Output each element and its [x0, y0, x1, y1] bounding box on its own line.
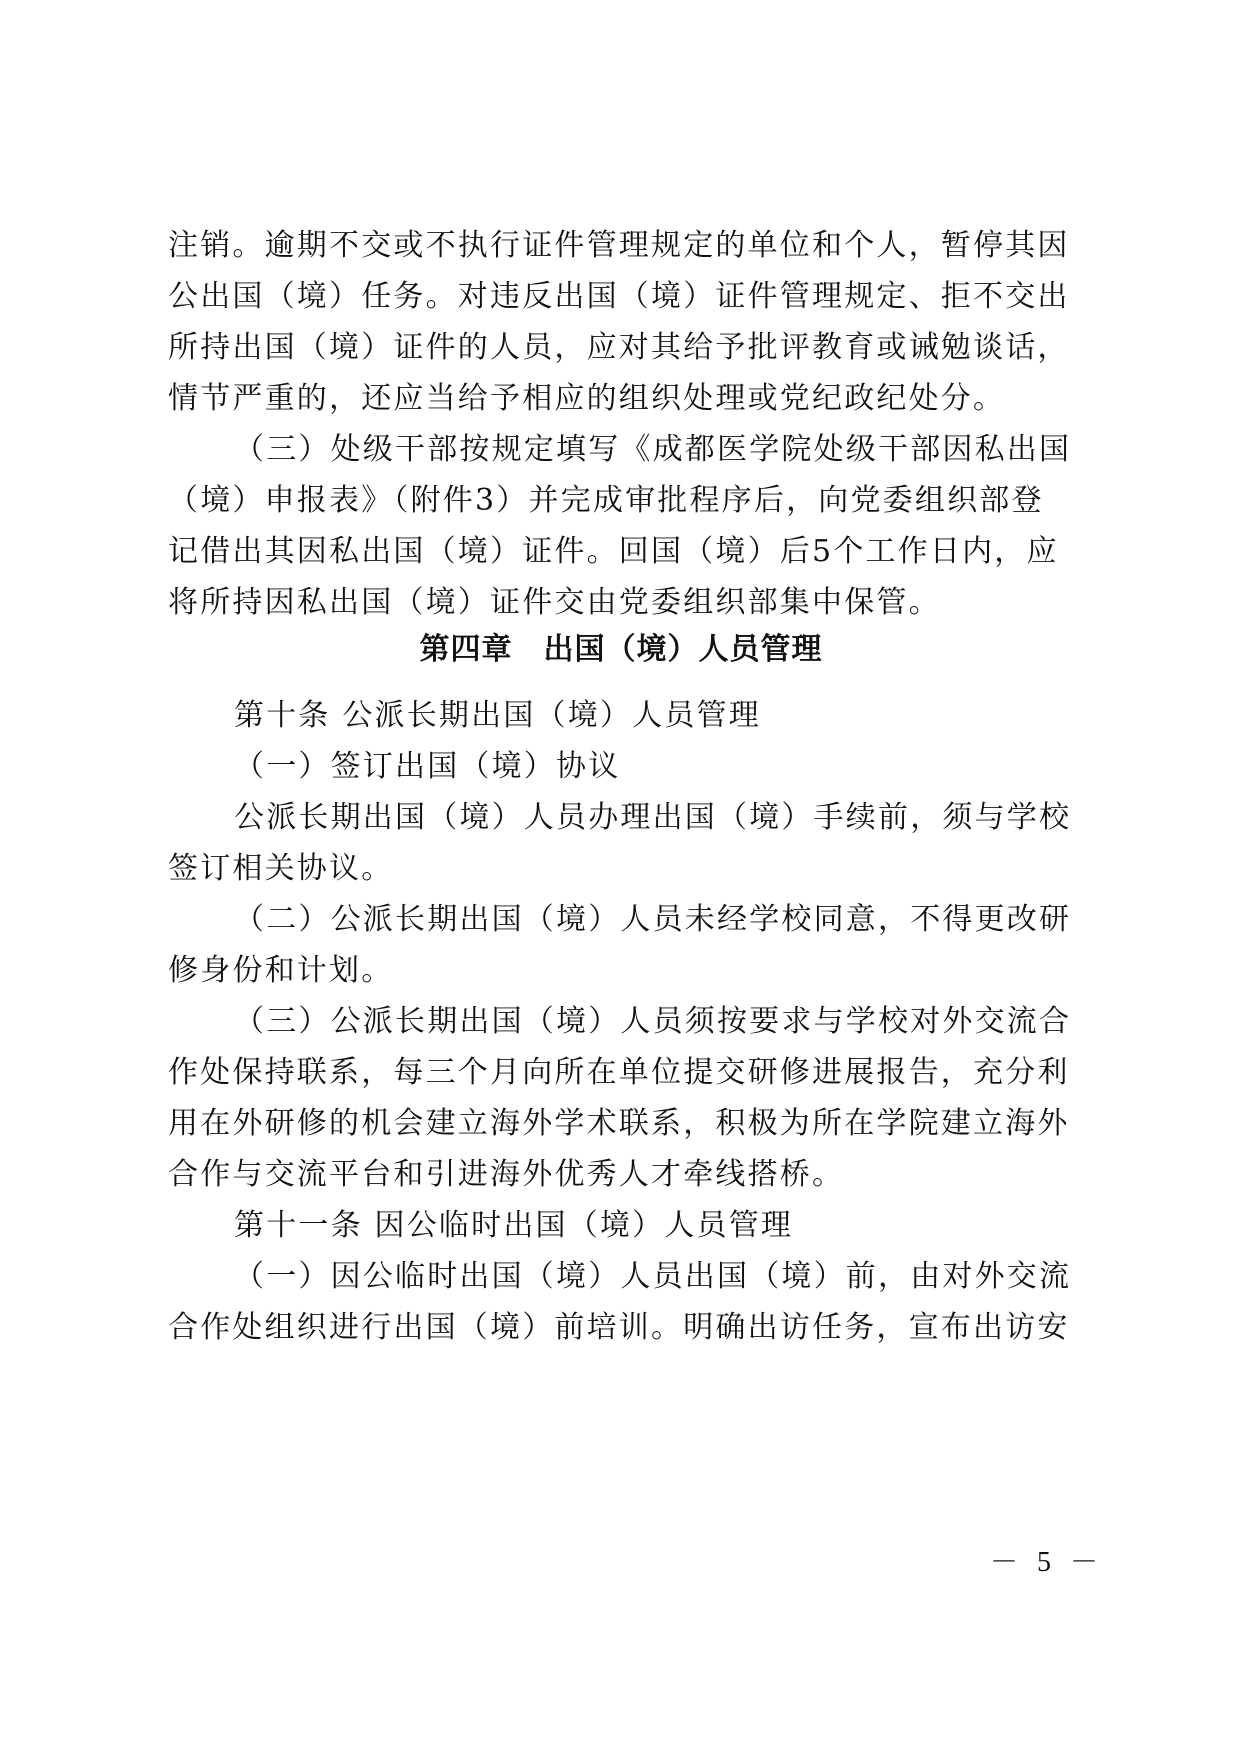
paragraph-line: 修身份和计划。 — [168, 951, 1074, 991]
paragraph-line: 合作处组织进行出国（境）前培训。明确出访任务，宣布出访安 — [168, 1308, 1074, 1348]
paragraph-line: 用在外研修的机会建立海外学术联系，积极为所在学院建立海外 — [168, 1104, 1074, 1144]
paragraph-line: 所持出国（境）证件的人员，应对其给予批评教育或诫勉谈话， — [168, 328, 1074, 368]
paragraph-line: 作处保持联系，每三个月向所在单位提交研修进展报告，充分利 — [168, 1053, 1074, 1093]
page-number: － 5 － — [990, 1540, 1104, 1580]
chapter-heading: 第四章 出国（境）人员管理 — [168, 630, 1074, 670]
article-heading: 第十条 公派长期出国（境）人员管理 — [168, 696, 1140, 736]
paragraph-line: 公派长期出国（境）人员办理出国（境）手续前，须与学校 — [168, 798, 1140, 838]
paragraph-line: 记借出其因私出国（境）证件。回国（境）后5个工作日内，应 — [168, 532, 1074, 572]
paragraph-line: （一）因公临时出国（境）人员出国（境）前，由对外交流 — [168, 1257, 1140, 1297]
section-heading: （一）签订出国（境）协议 — [168, 747, 1140, 787]
paragraph-line: 公出国（境）任务。对违反出国（境）证件管理规定、拒不交出 — [168, 277, 1074, 317]
paragraph-line: 签订相关协议。 — [168, 849, 1074, 889]
paragraph-line: 合作与交流平台和引进海外优秀人才牵线搭桥。 — [168, 1155, 1074, 1195]
paragraph-line: （境）申报表》（附件3）并完成审批程序后，向党委组织部登 — [168, 481, 1074, 521]
paragraph-line: （二）公派长期出国（境）人员未经学校同意，不得更改研 — [168, 900, 1140, 940]
article-heading: 第十一条 因公临时出国（境）人员管理 — [168, 1206, 1140, 1246]
paragraph-line: （三）处级干部按规定填写《成都医学院处级干部因私出国 — [168, 430, 1140, 470]
paragraph-line: 情节严重的，还应当给予相应的组织处理或党纪政纪处分。 — [168, 379, 1074, 419]
paragraph-line: （三）公派长期出国（境）人员须按要求与学校对外交流合 — [168, 1002, 1140, 1042]
paragraph-line: 注销。逾期不交或不执行证件管理规定的单位和个人，暂停其因 — [168, 226, 1074, 266]
paragraph-line: 将所持因私出国（境）证件交由党委组织部集中保管。 — [168, 583, 1074, 623]
